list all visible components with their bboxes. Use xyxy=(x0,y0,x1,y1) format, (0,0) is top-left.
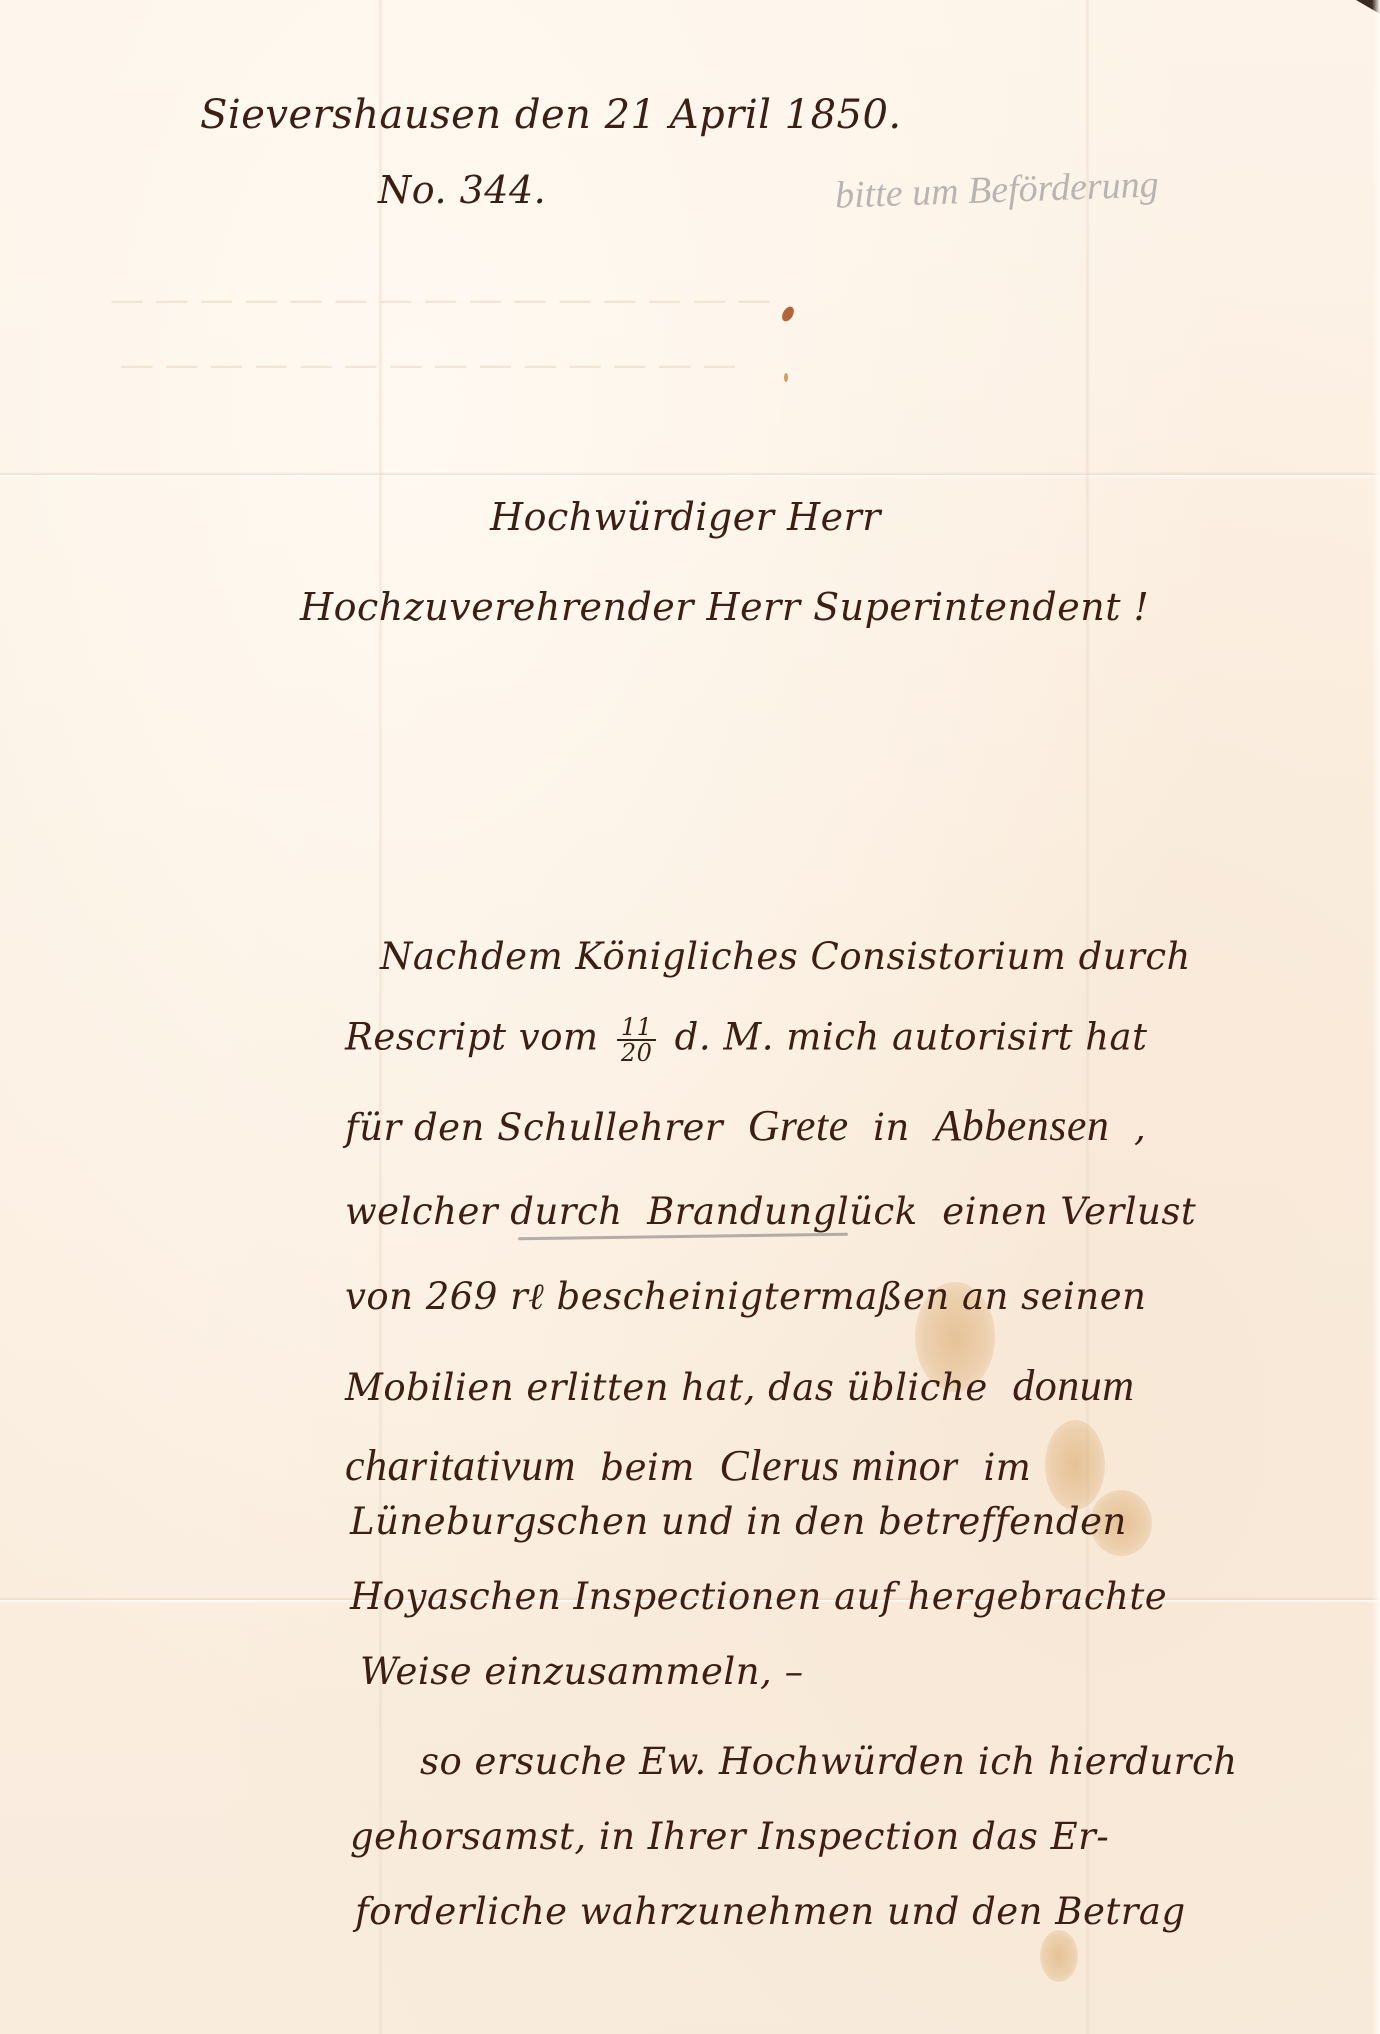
body-line-9: Hoyaschen Inspectionen auf hergebrachte xyxy=(350,1575,1167,1618)
pencil-underline xyxy=(518,1233,848,1241)
letter-page: — — — — — — — — — — — — — — — — — — — — … xyxy=(0,0,1380,2034)
body-text: in xyxy=(873,1106,910,1149)
latin-clerus-minor: Clerus minor xyxy=(719,1441,958,1490)
body-line-2: Rescript vom 11 20 d. M. mich autorisirt… xyxy=(345,1015,1147,1065)
latin-donum: donum xyxy=(1012,1361,1134,1410)
body-line-12: gehorsamst, in Ihrer Inspection das Er- xyxy=(350,1815,1109,1858)
fold-crease-horizontal-top xyxy=(0,472,1380,478)
body-line-7: charitativum beim Clerus minor im xyxy=(345,1440,1031,1491)
body-line-13: forderliche wahrzunehmen und den Betrag xyxy=(355,1890,1186,1933)
body-line-4: welcher durch Brandunglück einen Verlust xyxy=(345,1190,1196,1233)
underlined-word: Brandunglück xyxy=(647,1190,918,1233)
body-text: d. M. mich autorisirt hat xyxy=(675,1016,1148,1059)
body-text: für den Schullehrer xyxy=(345,1106,723,1149)
body-text: Rescript vom xyxy=(345,1016,599,1059)
body-line-1: Nachdem Königliches Consistorium durch xyxy=(380,935,1191,978)
ink-spot xyxy=(780,305,797,324)
body-text: , xyxy=(1134,1106,1146,1149)
body-text: welcher durch xyxy=(345,1190,623,1233)
latin-charitativum: charitativum xyxy=(345,1441,576,1490)
water-stain xyxy=(1040,1930,1078,1982)
body-line-3: für den Schullehrer Grete in Abbensen , xyxy=(345,1100,1146,1151)
paper-edge xyxy=(1372,0,1380,2034)
salutation-line-1: Hochwürdiger Herr xyxy=(490,495,881,539)
place-abbensen: Abbensen xyxy=(934,1101,1109,1150)
place-date-line: Sievershausen den 21 April 1850. xyxy=(200,92,902,138)
fraction-denominator: 20 xyxy=(617,1041,657,1065)
date-fraction: 11 20 xyxy=(617,1015,657,1065)
body-text: Mobilien erlitten hat, das übliche xyxy=(345,1366,988,1409)
salutation-line-2: Hochzuverehrender Herr Superintendent ! xyxy=(300,585,1149,629)
ink-spot xyxy=(784,373,788,382)
pencil-annotation: bitte um Beförderung xyxy=(834,162,1159,217)
body-line-5: von 269 rℓ bescheinigtermaßen an seinen xyxy=(345,1275,1146,1319)
document-number: No. 344. xyxy=(378,168,546,212)
name-grete: Grete xyxy=(748,1101,849,1150)
water-stain xyxy=(1045,1420,1105,1510)
body-text: im xyxy=(983,1446,1031,1489)
body-line-11: so ersuche Ew. Hochwürden ich hierdurch xyxy=(420,1740,1238,1783)
body-text: einen Verlust xyxy=(942,1190,1196,1233)
bleed-through-text: — — — — — — — — — — — — — — — xyxy=(110,280,771,320)
bleed-through-text: — — — — — — — — — — — — — — xyxy=(120,345,737,385)
body-line-6: Mobilien erlitten hat, das übliche donum xyxy=(345,1360,1135,1411)
body-line-10: Weise einzusammeln, – xyxy=(360,1650,804,1693)
fraction-numerator: 11 xyxy=(617,1015,657,1041)
body-text: beim xyxy=(600,1446,695,1489)
body-line-8: Lüneburgschen und in den betreffenden xyxy=(350,1500,1127,1543)
